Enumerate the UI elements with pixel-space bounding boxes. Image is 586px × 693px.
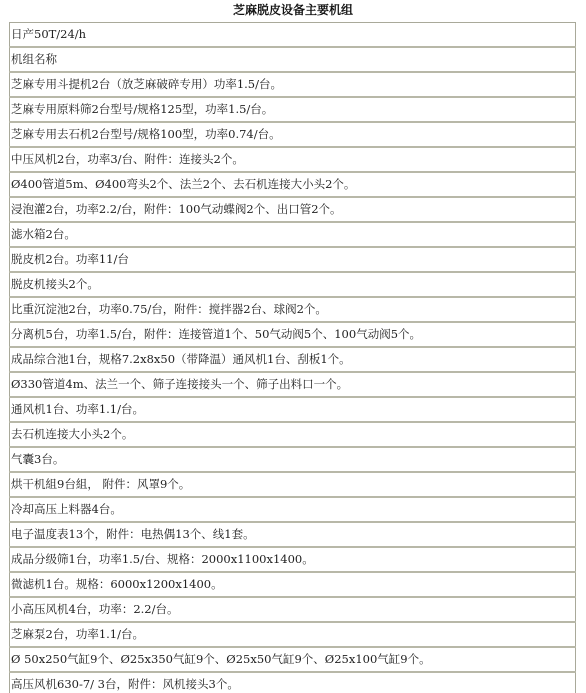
table-row: 小高压风机4台，功率：2.2/台。 <box>10 597 576 622</box>
table-cell: 比重沉淀池2台，功率0.75/台，附件：搅拌器2台、球阀2个。 <box>10 297 576 322</box>
table-cell: 芝麻专用斗提机2台（放芝麻破碎专用）功率1.5/台。 <box>10 72 576 97</box>
table-cell: 滤水箱2台。 <box>10 222 576 247</box>
table-cell: Ø400管道5m、Ø400弯头2个、法兰2个、去石机连接大小头2个。 <box>10 172 576 197</box>
table-row: 中压风机2台，功率3/台、附件：连接头2个。 <box>10 147 576 172</box>
table-row: 机组名称 <box>10 47 576 72</box>
table-cell: Ø 50x250气缸9个、Ø25x350气缸9个、Ø25x50气缸9个、Ø25x… <box>10 647 576 672</box>
table-row: 比重沉淀池2台，功率0.75/台，附件：搅拌器2台、球阀2个。 <box>10 297 576 322</box>
table-cell: 芝麻专用原料筛2台型号/规格125型，功率1.5/台。 <box>10 97 576 122</box>
table-cell: 成品综合池1台，规格7.2x8x50（带降温）通风机1台、刮板1个。 <box>10 347 576 372</box>
table-row: 脱皮机2台。功率11/台 <box>10 247 576 272</box>
table-row: 成品综合池1台，规格7.2x8x50（带降温）通风机1台、刮板1个。 <box>10 347 576 372</box>
table-cell: 去石机连接大小头2个。 <box>10 422 576 447</box>
table-row: Ø330管道4m、法兰一个、筛子连接接头一个、筛子出料口一个。 <box>10 372 576 397</box>
table-cell: 烘干机組9台組， 附件：风罩9个。 <box>10 472 576 497</box>
table-cell: 冷却高压上料器4台。 <box>10 497 576 522</box>
table-cell: 通风机1台、功率1.1/台。 <box>10 397 576 422</box>
table-row: 高压风机630-7/ 3台，附件：风机接头3个。 <box>10 672 576 693</box>
document-title: 芝麻脱皮设备主要机组 <box>0 1 586 19</box>
table-row: 成品分级筛1台，功率1.5/台、规格：2000x1100x1400。 <box>10 547 576 572</box>
table-row: 微滤机1台。规格：6000x1200x1400。 <box>10 572 576 597</box>
table-row: 通风机1台、功率1.1/台。 <box>10 397 576 422</box>
table-cell: 高压风机630-7/ 3台，附件：风机接头3个。 <box>10 672 576 693</box>
table-row: 浸泡灌2台，功率2.2/台，附件：100气动蝶阀2个、出口管2个。 <box>10 197 576 222</box>
equipment-table: 日产50T/24/h 机组名称 芝麻专用斗提机2台（放芝麻破碎专用）功率1.5/… <box>9 22 576 693</box>
table-cell: 脱皮机2台。功率11/台 <box>10 247 576 272</box>
table-row: 气囊3台。 <box>10 447 576 472</box>
table-cell: 中压风机2台，功率3/台、附件：连接头2个。 <box>10 147 576 172</box>
table-row: 滤水箱2台。 <box>10 222 576 247</box>
table-row: 分离机5台，功率1.5/台，附件：连接管道1个、50气动阀5个、100气动阀5个… <box>10 322 576 347</box>
table-cell: 脱皮机接头2个。 <box>10 272 576 297</box>
table-row: 芝麻专用去石机2台型号/规格100型，功率0.74/台。 <box>10 122 576 147</box>
table-row: 去石机连接大小头2个。 <box>10 422 576 447</box>
table-cell: Ø330管道4m、法兰一个、筛子连接接头一个、筛子出料口一个。 <box>10 372 576 397</box>
table-row: 芝麻专用斗提机2台（放芝麻破碎专用）功率1.5/台。 <box>10 72 576 97</box>
table-row: 烘干机組9台組， 附件：风罩9个。 <box>10 472 576 497</box>
table-cell: 气囊3台。 <box>10 447 576 472</box>
table-row: 芝麻泵2台，功率1.1/台。 <box>10 622 576 647</box>
table-cell: 浸泡灌2台，功率2.2/台，附件：100气动蝶阀2个、出口管2个。 <box>10 197 576 222</box>
table-cell: 成品分级筛1台，功率1.5/台、规格：2000x1100x1400。 <box>10 547 576 572</box>
table-cell: 芝麻专用去石机2台型号/规格100型，功率0.74/台。 <box>10 122 576 147</box>
table-row: Ø400管道5m、Ø400弯头2个、法兰2个、去石机连接大小头2个。 <box>10 172 576 197</box>
row-daily-capacity: 日产50T/24/h <box>10 23 576 48</box>
table-cell: 小高压风机4台，功率：2.2/台。 <box>10 597 576 622</box>
table-cell: 电子温度表13个，附件：电热偶13个、线1套。 <box>10 522 576 547</box>
table-row: 脱皮机接头2个。 <box>10 272 576 297</box>
table-row: 电子温度表13个，附件：电热偶13个、线1套。 <box>10 522 576 547</box>
row-header-unit-name: 机组名称 <box>10 47 576 72</box>
table-row: 冷却高压上料器4台。 <box>10 497 576 522</box>
table-row: Ø 50x250气缸9个、Ø25x350气缸9个、Ø25x50气缸9个、Ø25x… <box>10 647 576 672</box>
table-row: 日产50T/24/h <box>10 23 576 48</box>
table-row: 芝麻专用原料筛2台型号/规格125型，功率1.5/台。 <box>10 97 576 122</box>
table-cell: 芝麻泵2台，功率1.1/台。 <box>10 622 576 647</box>
table-cell: 分离机5台，功率1.5/台，附件：连接管道1个、50气动阀5个、100气动阀5个… <box>10 322 576 347</box>
table-cell: 微滤机1台。规格：6000x1200x1400。 <box>10 572 576 597</box>
